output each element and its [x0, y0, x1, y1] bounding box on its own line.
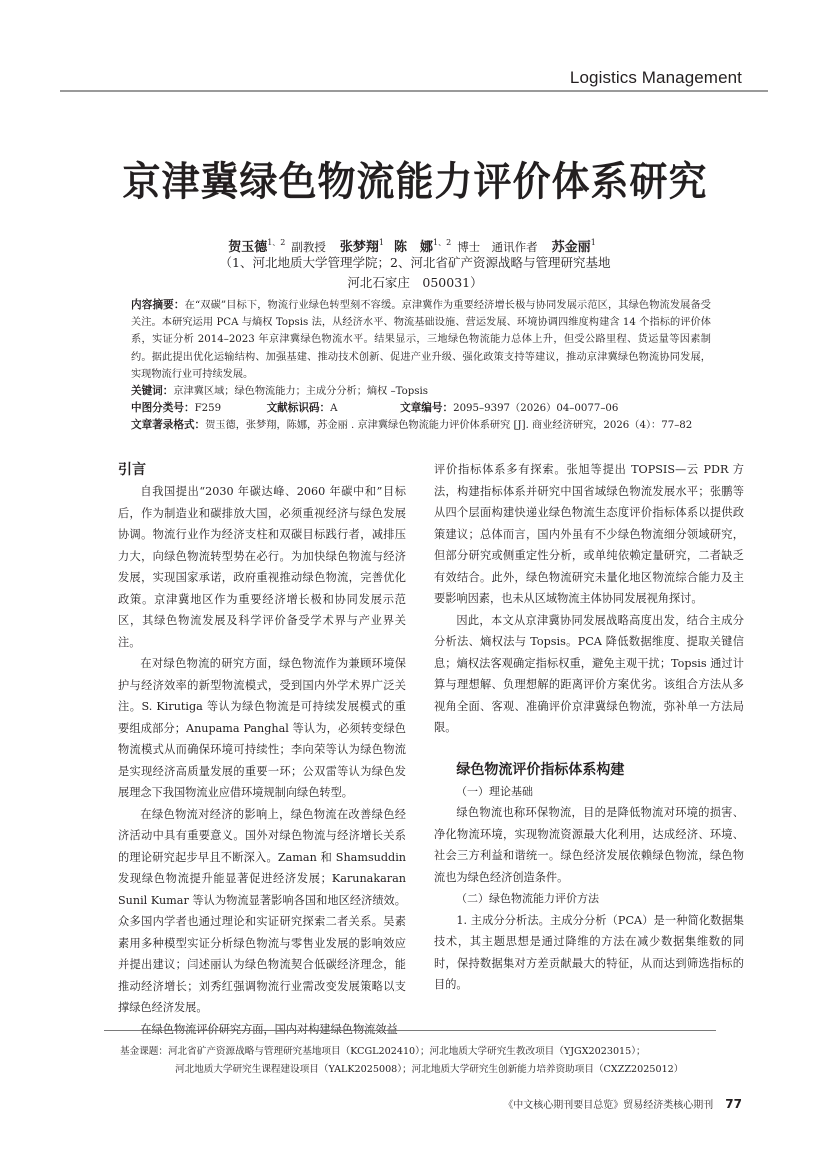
classification-line: 中图分类号：F259文献标识码：A文章编号：2095–9397（2026）04–…	[131, 400, 721, 417]
keywords-line: 关键词：京津冀区域；绿色物流能力；主成分分析；熵权 –Topsis	[131, 383, 721, 400]
funding-line-2: 河北地质大学研究生课程建设项目（YALK2025008）；河北地质大学研究生创新…	[120, 1061, 740, 1079]
abstract-block: 内容摘要：在“双碳”目标下，物流行业绿色转型刻不容缓。京津冀作为重要经济增长极与…	[131, 297, 711, 383]
citation-line: 文章著录格式：贺玉德，张梦翔，陈娜，苏金丽 . 京津冀绿色物流能力评价体系研究 …	[131, 417, 713, 434]
intro-heading: 引言	[118, 459, 406, 481]
clc-value: F259	[195, 400, 267, 417]
subsection-heading: （二）绿色物流能力评价方法	[434, 888, 744, 910]
body-paragraph: 绿色物流也称环保物流，目的是降低物流对环境的损害、净化物流环境，实现物流资源最大…	[434, 802, 744, 888]
running-header-section: Logistics Management	[570, 68, 742, 88]
funding-note: 基金课题：河北省矿产资源战略与管理研究基地项目（KCGL202410）；河北地质…	[120, 1043, 740, 1079]
right-column: 评价指标体系多有探索。张旭等提出 TOPSIS—云 PDR 方法，构建指标体系并…	[434, 459, 744, 996]
author-role: 副教授	[291, 240, 326, 254]
subsection-heading: （一）理论基础	[434, 781, 744, 803]
citation-text: 贺玉德，张梦翔，陈娜，苏金丽 . 京津冀绿色物流能力评价体系研究 [J]. 商业…	[205, 420, 692, 431]
author-role: 博士 通讯作者	[457, 240, 538, 254]
section-heading: 绿色物流评价指标体系构建	[434, 759, 744, 781]
keywords-label: 关键词：	[131, 385, 173, 397]
header-divider	[60, 90, 768, 92]
article-no-label: 文章编号：	[400, 402, 453, 414]
doc-code-label: 文献标识码：	[267, 402, 331, 414]
body-paragraph: 因此，本文从京津冀协同发展战略高度出发，结合主成分分析法、熵权法与 Topsis…	[434, 610, 744, 739]
author-affil-sup: 1	[591, 238, 596, 247]
affiliation-line-1: （1、河北地质大学管理学院；2、河北省矿产资源战略与管理研究基地	[0, 253, 830, 273]
doc-code-value: A	[330, 400, 400, 417]
body-paragraph: 在绿色物流对经济的影响上，绿色物流在改善绿色经济活动中具有重要意义。国外对绿色物…	[118, 804, 406, 1019]
keywords-text: 京津冀区域；绿色物流能力；主成分分析；熵权 –Topsis	[173, 386, 428, 397]
citation-label: 文章著录格式：	[131, 419, 205, 431]
left-column: 引言 自我国提出“2030 年碳达峰、2060 年碳中和”目标后，作为制造业和碳…	[118, 459, 406, 1040]
author-affil-sup: 1、2	[433, 238, 451, 247]
funding-label: 基金课题：	[120, 1046, 168, 1057]
article-no-value: 2095–9397（2026）04–0077–06	[453, 403, 618, 414]
clc-label: 中图分类号：	[131, 402, 195, 414]
page-number: 77	[725, 1097, 742, 1111]
author-affil-sup: 1	[379, 238, 384, 247]
article-title: 京津冀绿色物流能力评价体系研究	[0, 149, 830, 207]
footnote-divider	[104, 1030, 716, 1031]
body-paragraph: 评价指标体系多有探索。张旭等提出 TOPSIS—云 PDR 方法，构建指标体系并…	[434, 459, 744, 610]
abstract-text: 在“双碳”目标下，物流行业绿色转型刻不容缓。京津冀作为重要经济增长极与协同发展示…	[131, 300, 711, 380]
journal-note: 《中文核心期刊要目总览》贸易经济类核心期刊	[503, 1100, 713, 1111]
funding-line-1: 河北省矿产资源战略与管理研究基地项目（KCGL202410）；河北地质大学研究生…	[168, 1046, 646, 1057]
page-footer: 《中文核心期刊要目总览》贸易经济类核心期刊77	[503, 1096, 742, 1111]
author-affil-sup: 1、2	[267, 238, 285, 247]
affiliation-line-2: 河北石家庄 050031）	[0, 273, 830, 293]
body-paragraph: 在对绿色物流的研究方面，绿色物流作为兼顾环境保护与经济效率的新型物流模式，受到国…	[118, 653, 406, 804]
body-paragraph: 自我国提出“2030 年碳达峰、2060 年碳中和”目标后，作为制造业和碳排放大…	[118, 481, 406, 653]
abstract-label: 内容摘要：	[131, 299, 185, 311]
body-paragraph: 1. 主成分分析法。主成分分析（PCA）是一种简化数据集技术，其主题思想是通过降…	[434, 910, 744, 996]
